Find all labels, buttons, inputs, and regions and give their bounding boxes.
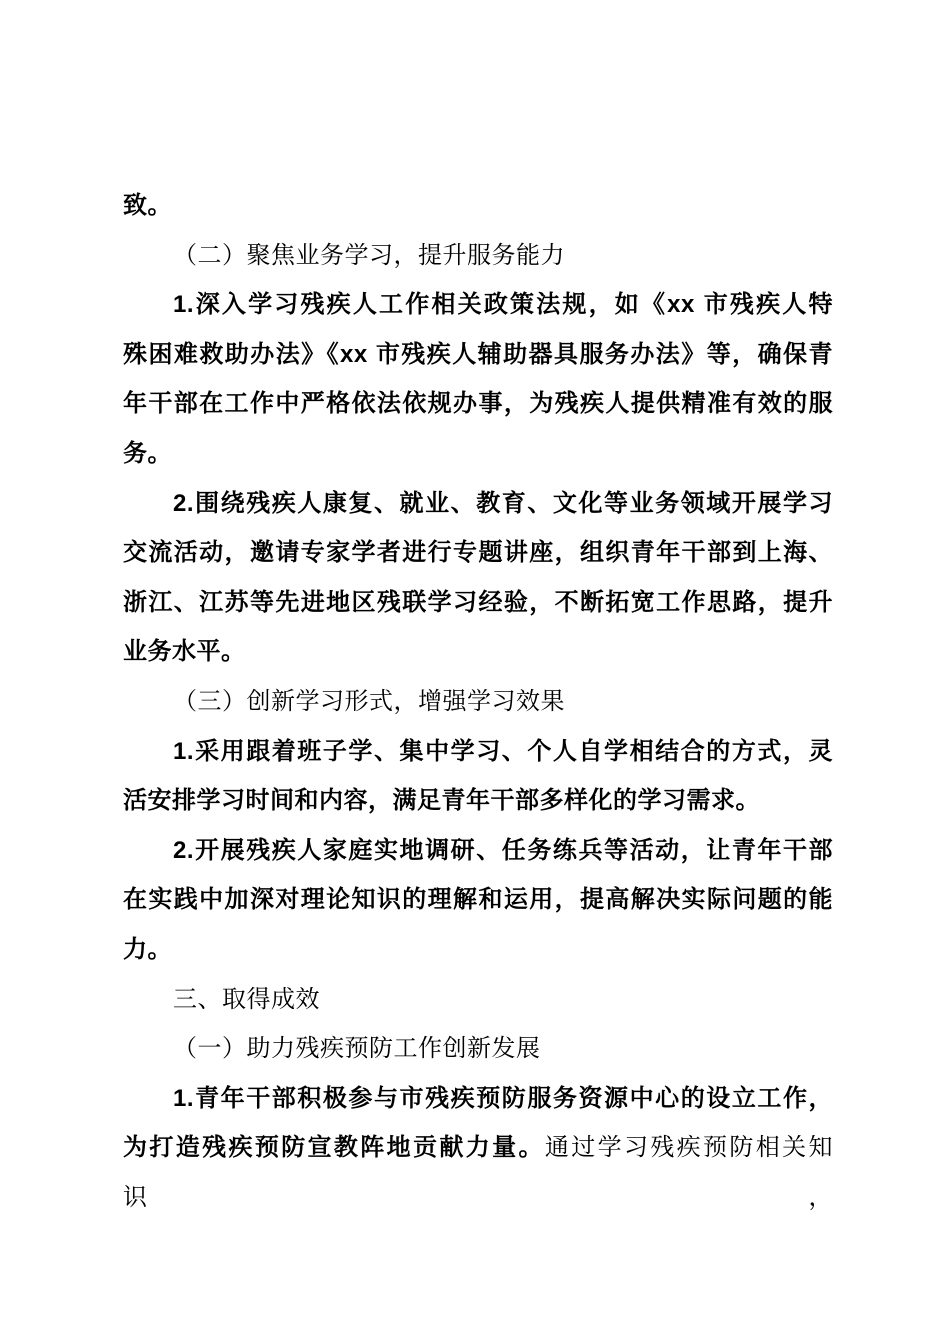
text-line: 浙江、江苏等先进地区残联学习经验，不断拓宽工作思路，提升 <box>123 578 833 628</box>
text-line: （一）助力残疾预防工作创新发展 <box>123 1024 833 1074</box>
bold-text-run: 交流活动，邀请专家学者进行专题讲座，组织青年干部到上海、 <box>123 539 833 566</box>
text-line: 力。 <box>123 925 833 975</box>
regular-text-run: （三）创新学习形式，增强学习效果 <box>173 688 565 715</box>
regular-text-run: （二）聚焦业务学习，提升服务能力 <box>173 242 565 269</box>
bold-text-run: 活安排学习时间和内容，满足青年干部多样化的学习需求。 <box>123 787 760 814</box>
text-line: 殊困难救助办法》《xx 市残疾人辅助器具服务办法》等，确保青 <box>123 330 833 380</box>
text-line: 三、取得成效 <box>123 975 833 1025</box>
bold-text-run: 在实践中加深对理论知识的理解和运用，提高解决实际问题的能 <box>123 886 833 913</box>
bold-text-run: 1.青年干部积极参与市残疾预防服务资源中心的设立工作， <box>173 1085 833 1112</box>
bold-text-run: 1.采用跟着班子学、集中学习、个人自学相结合的方式，灵 <box>173 738 833 765</box>
body-paragraph: 致。 <box>123 181 833 231</box>
bold-text-run: 2.开展残疾人家庭实地调研、任务练兵等活动，让青年干部 <box>173 837 833 864</box>
bold-text-run: 浙江、江苏等先进地区残联学习经验，不断拓宽工作思路，提升 <box>123 589 833 616</box>
body-paragraph: 1.采用跟着班子学、集中学习、个人自学相结合的方式，灵活安排学习时间和内容，满足… <box>123 727 833 826</box>
bold-text-run: 力。 <box>123 936 172 963</box>
text-line: 2.围绕残疾人康复、就业、教育、文化等业务领域开展学习 <box>123 479 833 529</box>
regular-text-run: （一）助力残疾预防工作创新发展 <box>173 1035 541 1062</box>
body-paragraph: 1.深入学习残疾人工作相关政策法规，如《xx 市残疾人特殊困难救助办法》《xx … <box>123 280 833 478</box>
document-body: 致。（二）聚焦业务学习，提升服务能力1.深入学习残疾人工作相关政策法规，如《xx… <box>123 181 833 1222</box>
section-heading: （三）创新学习形式，增强学习效果 <box>123 677 833 727</box>
bold-text-run: 年干部在工作中严格依法依规办事，为残疾人提供精准有效的服 <box>123 390 833 417</box>
text-line: 1.青年干部积极参与市残疾预防服务资源中心的设立工作， <box>123 1074 833 1124</box>
body-paragraph: 2.开展残疾人家庭实地调研、任务练兵等活动，让青年干部在实践中加深对理论知识的理… <box>123 826 833 975</box>
text-line: 活安排学习时间和内容，满足青年干部多样化的学习需求。 <box>123 776 833 826</box>
bold-text-run: 2.围绕残疾人康复、就业、教育、文化等业务领域开展学习 <box>173 490 833 517</box>
section-heading: 三、取得成效 <box>123 975 833 1025</box>
section-heading: （二）聚焦业务学习，提升服务能力 <box>123 231 833 281</box>
bold-text-run: 务。 <box>123 440 172 467</box>
text-line: 年干部在工作中严格依法依规办事，为残疾人提供精准有效的服 <box>123 379 833 429</box>
document-page: 致。（二）聚焦业务学习，提升服务能力1.深入学习残疾人工作相关政策法规，如《xx… <box>0 0 950 1344</box>
text-line: 1.深入学习残疾人工作相关政策法规，如《xx 市残疾人特 <box>123 280 833 330</box>
text-line: 致。 <box>123 181 833 231</box>
text-line: 务。 <box>123 429 833 479</box>
text-line: 为打造残疾预防宣教阵地贡献力量。通过学习残疾预防相关知识， <box>123 1123 833 1222</box>
text-line: 业务水平。 <box>123 627 833 677</box>
text-line: （三）创新学习形式，增强学习效果 <box>123 677 833 727</box>
regular-text-run: 三、取得成效 <box>173 986 320 1013</box>
text-line: 在实践中加深对理论知识的理解和运用，提高解决实际问题的能 <box>123 875 833 925</box>
bold-text-run: 1.深入学习残疾人工作相关政策法规，如《xx 市残疾人特 <box>173 291 833 318</box>
section-heading: （一）助力残疾预防工作创新发展 <box>123 1024 833 1074</box>
body-paragraph: 2.围绕残疾人康复、就业、教育、文化等业务领域开展学习交流活动，邀请专家学者进行… <box>123 479 833 677</box>
bold-text-run: 业务水平。 <box>123 638 246 665</box>
text-line: 交流活动，邀请专家学者进行专题讲座，组织青年干部到上海、 <box>123 528 833 578</box>
text-line: （二）聚焦业务学习，提升服务能力 <box>123 231 833 281</box>
bold-text-run: 殊困难救助办法》《xx 市残疾人辅助器具服务办法》等，确保青 <box>123 341 833 368</box>
bold-text-run: 致。 <box>123 192 172 219</box>
bold-text-run: 为打造残疾预防宣教阵地贡献力量。 <box>123 1134 545 1161</box>
text-line: 1.采用跟着班子学、集中学习、个人自学相结合的方式，灵 <box>123 727 833 777</box>
body-paragraph: 1.青年干部积极参与市残疾预防服务资源中心的设立工作，为打造残疾预防宣教阵地贡献… <box>123 1074 833 1223</box>
text-line: 2.开展残疾人家庭实地调研、任务练兵等活动，让青年干部 <box>123 826 833 876</box>
